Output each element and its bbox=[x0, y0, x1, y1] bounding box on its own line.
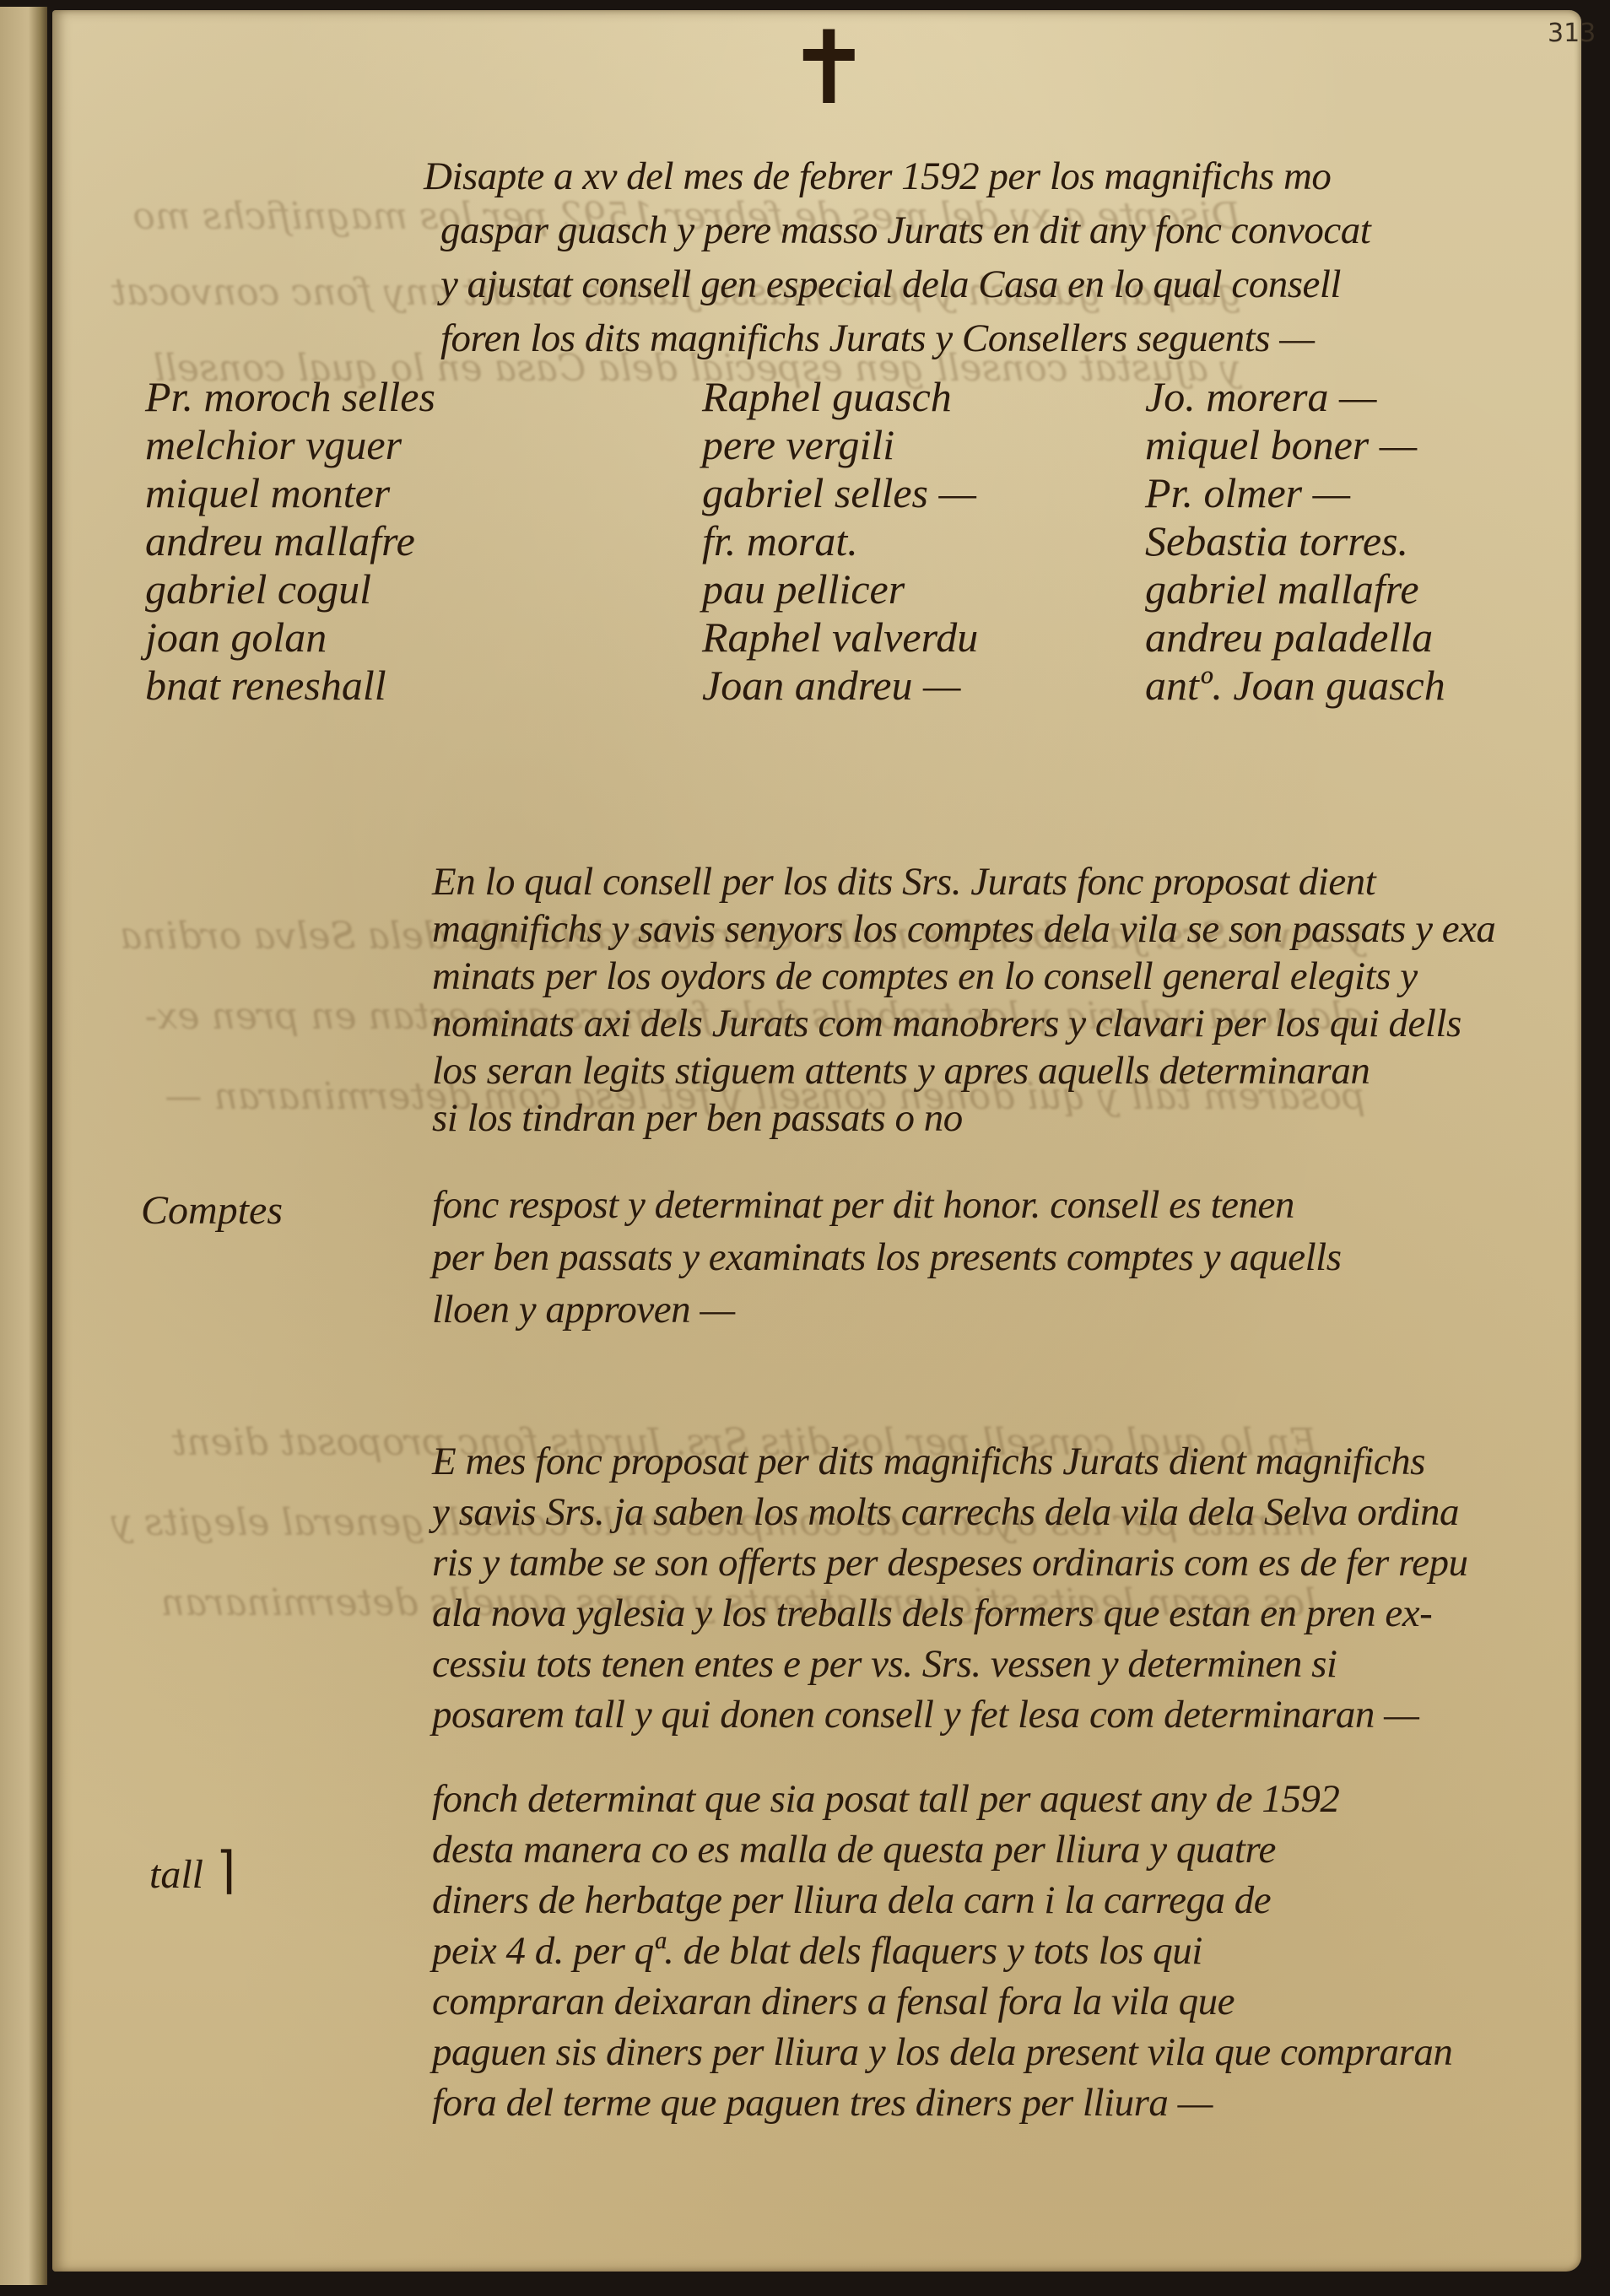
church-proposal-paragraph: E mes fonc proposat per dits magnifichs … bbox=[432, 1436, 1467, 1740]
cross-icon: ✝ bbox=[786, 10, 872, 127]
tax-line: peix 4 d. per qª. de blat dels flaquers … bbox=[432, 1926, 1452, 1976]
tax-line: paguen sis diners per lliura y los dela … bbox=[432, 2027, 1452, 2077]
opening-line: gaspar guasch y pere masso Jurats en dit… bbox=[440, 203, 1370, 257]
councillor-name: pau pellicer bbox=[702, 565, 978, 613]
councillor-name: Raphel guasch bbox=[702, 373, 978, 421]
adjacent-page-edge bbox=[0, 7, 47, 2285]
councillor-name: antº. Joan guasch bbox=[1145, 662, 1445, 710]
folio-number: 313 bbox=[1548, 19, 1596, 48]
accounts-line: si los tindran per ben passats o no bbox=[432, 1094, 1495, 1142]
church-line: E mes fonc proposat per dits magnifichs … bbox=[432, 1436, 1467, 1487]
tax-line: diners de herbatge per lliura dela carn … bbox=[432, 1875, 1452, 1926]
accounts-line: En lo qual consell per los dits Srs. Jur… bbox=[432, 858, 1495, 905]
church-line: cessiu tots tenen entes e per vs. Srs. v… bbox=[432, 1639, 1467, 1689]
councillor-name: miquel monter bbox=[145, 469, 435, 517]
councillor-name: joan golan bbox=[145, 613, 435, 662]
councillor-name: Pr. moroch selles bbox=[145, 373, 435, 421]
councillor-name: Jo. morera — bbox=[1145, 373, 1445, 421]
margin-note-tall: tall ⌉ bbox=[149, 1841, 235, 1900]
accounts-line: nominats axi dels Jurats com manobrers y… bbox=[432, 1000, 1495, 1047]
opening-line: Disapte a xv del mes de febrer 1592 per … bbox=[424, 149, 1370, 203]
opening-line: y ajustat consell gen especial dela Casa… bbox=[440, 257, 1370, 311]
church-line: y savis Srs. ja saben los molts carrechs… bbox=[432, 1487, 1467, 1537]
opening-paragraph: Disapte a xv del mes de febrer 1592 per … bbox=[424, 149, 1370, 365]
church-line: ala nova yglesia y los treballs dels for… bbox=[432, 1588, 1467, 1639]
councillor-name: andreu paladella bbox=[1145, 613, 1445, 662]
accounts-line: los seran legits stiguem attents y apres… bbox=[432, 1047, 1495, 1094]
councillor-name: pere vergili bbox=[702, 421, 978, 469]
manuscript-page: Disapte a xv del mes de febrer 1592 per … bbox=[52, 10, 1581, 2272]
tax-line: desta manera co es malla de questa per l… bbox=[432, 1824, 1452, 1875]
councillor-name: bnat reneshall bbox=[145, 662, 435, 710]
councillor-name: andreu mallafre bbox=[145, 517, 435, 565]
accounts-proposal-paragraph: En lo qual consell per los dits Srs. Jur… bbox=[432, 858, 1495, 1142]
councillor-name: fr. morat. bbox=[702, 517, 978, 565]
councillors-column-2: Raphel guasch pere vergili gabriel selle… bbox=[702, 373, 978, 710]
opening-line: foren los dits magnifichs Jurats y Conse… bbox=[440, 311, 1370, 365]
church-line: ris y tambe se son offerts per despeses … bbox=[432, 1537, 1467, 1588]
resolution-line: fonc respost y determinat per dit honor.… bbox=[432, 1179, 1342, 1231]
councillor-name: gabriel selles — bbox=[702, 469, 978, 517]
tax-line: fora del terme que paguen tres diners pe… bbox=[432, 2077, 1452, 2128]
councillor-name: gabriel mallafre bbox=[1145, 565, 1445, 613]
tax-line: fonch determinat que sia posat tall per … bbox=[432, 1774, 1452, 1824]
accounts-line: magnifichs y savis senyors los comptes d… bbox=[432, 905, 1495, 953]
margin-note-comptes: Comptes bbox=[141, 1187, 283, 1234]
councillor-name: miquel boner — bbox=[1145, 421, 1445, 469]
councillor-name: melchior vguer bbox=[145, 421, 435, 469]
resolution-line: lloen y approven — bbox=[432, 1283, 1342, 1336]
accounts-line: minats per los oydors de comptes en lo c… bbox=[432, 953, 1495, 1000]
councillors-column-1: Pr. moroch selles melchior vguer miquel … bbox=[145, 373, 435, 710]
councillor-name: Sebastia torres. bbox=[1145, 517, 1445, 565]
tax-line: compraran deixaran diners a fensal fora … bbox=[432, 1976, 1452, 2027]
councillor-name: gabriel cogul bbox=[145, 565, 435, 613]
councillors-column-3: Jo. morera — miquel boner — Pr. olmer — … bbox=[1145, 373, 1445, 710]
councillor-name: Raphel valverdu bbox=[702, 613, 978, 662]
resolution-line: per ben passats y examinats los presents… bbox=[432, 1231, 1342, 1283]
tax-determination-paragraph: fonch determinat que sia posat tall per … bbox=[432, 1774, 1452, 2128]
church-line: posarem tall y qui donen consell y fet l… bbox=[432, 1689, 1467, 1740]
councillor-name: Joan andreu — bbox=[702, 662, 978, 710]
accounts-resolution-paragraph: fonc respost y determinat per dit honor.… bbox=[432, 1179, 1342, 1336]
councillor-name: Pr. olmer — bbox=[1145, 469, 1445, 517]
